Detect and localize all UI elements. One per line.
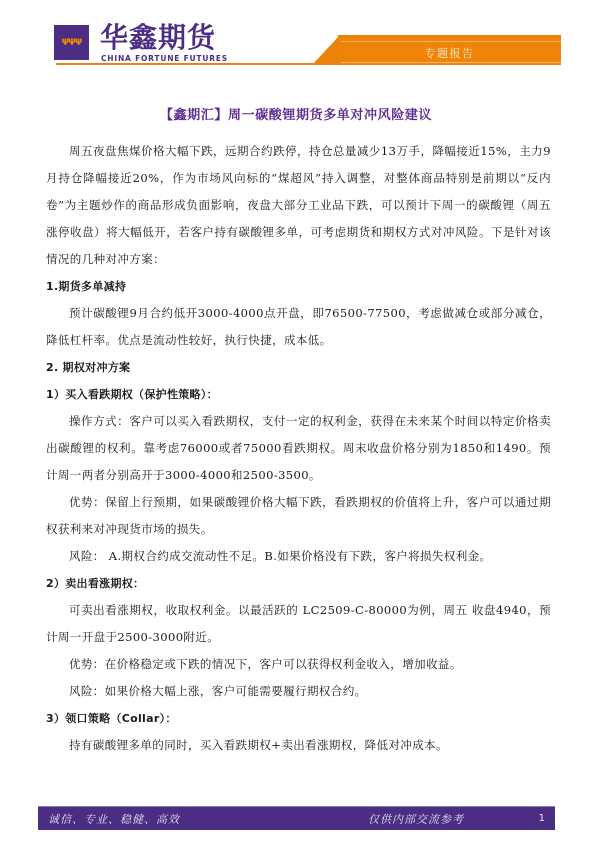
header-divider [56,63,308,65]
sub2-risk: 风险：如果价格大幅上涨，客户可能需要履行期权合约。 [46,678,551,705]
banner-body: 专题报告 [338,35,561,65]
sub2-heading: 2）卖出看涨期权： [46,570,551,597]
sub2-operation: 可卖出看涨期权，收取权利金。以最活跃的 LC2509-C-80000为例，周五 … [46,597,551,651]
sub3-heading: 3）领口策略（Collar）： [46,705,551,732]
company-name-en: CHINA FORTUNE FUTURES [101,54,228,63]
report-type-banner: 专题报告 [300,35,562,65]
footer-motto: 诚信、专业、稳健、高效 [48,811,180,827]
sub2-advantage: 优势：在价格稳定或下跌的情况下，客户可以获得权利金收入，增加收益。 [46,651,551,678]
report-type-label: 专题报告 [338,45,561,61]
sub1-operation: 操作方式：客户可以买入看跌期权，支付一定的权利金，获得在未来某个时间以特定价格卖… [46,408,551,489]
intro-paragraph: 周五夜盘焦煤价格大幅下跌，远期合约跌停，持仓总量减少13万手，降幅接近15%，主… [46,138,551,273]
document-title: 【鑫期汇】周一碳酸锂期货多单对冲风险建议 [160,104,432,123]
logo-mark: ΨΨΨ [54,25,89,60]
sub1-heading: 1）买入看跌期权（保护性策略）： [46,381,551,408]
sub1-advantage: 优势：保留上行预期，如果碳酸锂价格大幅下跌，看跌期权的价值将上升，客户可以通过期… [46,489,551,543]
section1-body: 预计碳酸锂9月合约低开3000-4000点开盘，即76500-77500，考虑做… [46,300,551,354]
company-name-cn: 华鑫期货 [100,22,216,54]
section2-heading: 2. 期权对冲方案 [46,354,551,381]
figures-icon: ΨΨΨ [62,38,82,48]
page-number: 1 [539,813,545,824]
page-footer: 诚信、专业、稳健、高效 仅供内部交流参考 1 [38,806,555,830]
document-body: 周五夜盘焦煤价格大幅下跌，远期合约跌停，持仓总量减少13万手，降幅接近15%，主… [46,138,551,759]
banner-slant [312,35,340,65]
sub3-body: 持有碳酸锂多单的同时，买入看跌期权+卖出看涨期权，降低对冲成本。 [46,732,551,759]
sub1-risk: 风险： A.期权合约成交流动性不足。B.如果价格没有下跌，客户将损失权利金。 [46,543,551,570]
section1-heading: 1.期货多单减持 [46,273,551,300]
footer-notice: 仅供内部交流参考 [368,811,464,827]
